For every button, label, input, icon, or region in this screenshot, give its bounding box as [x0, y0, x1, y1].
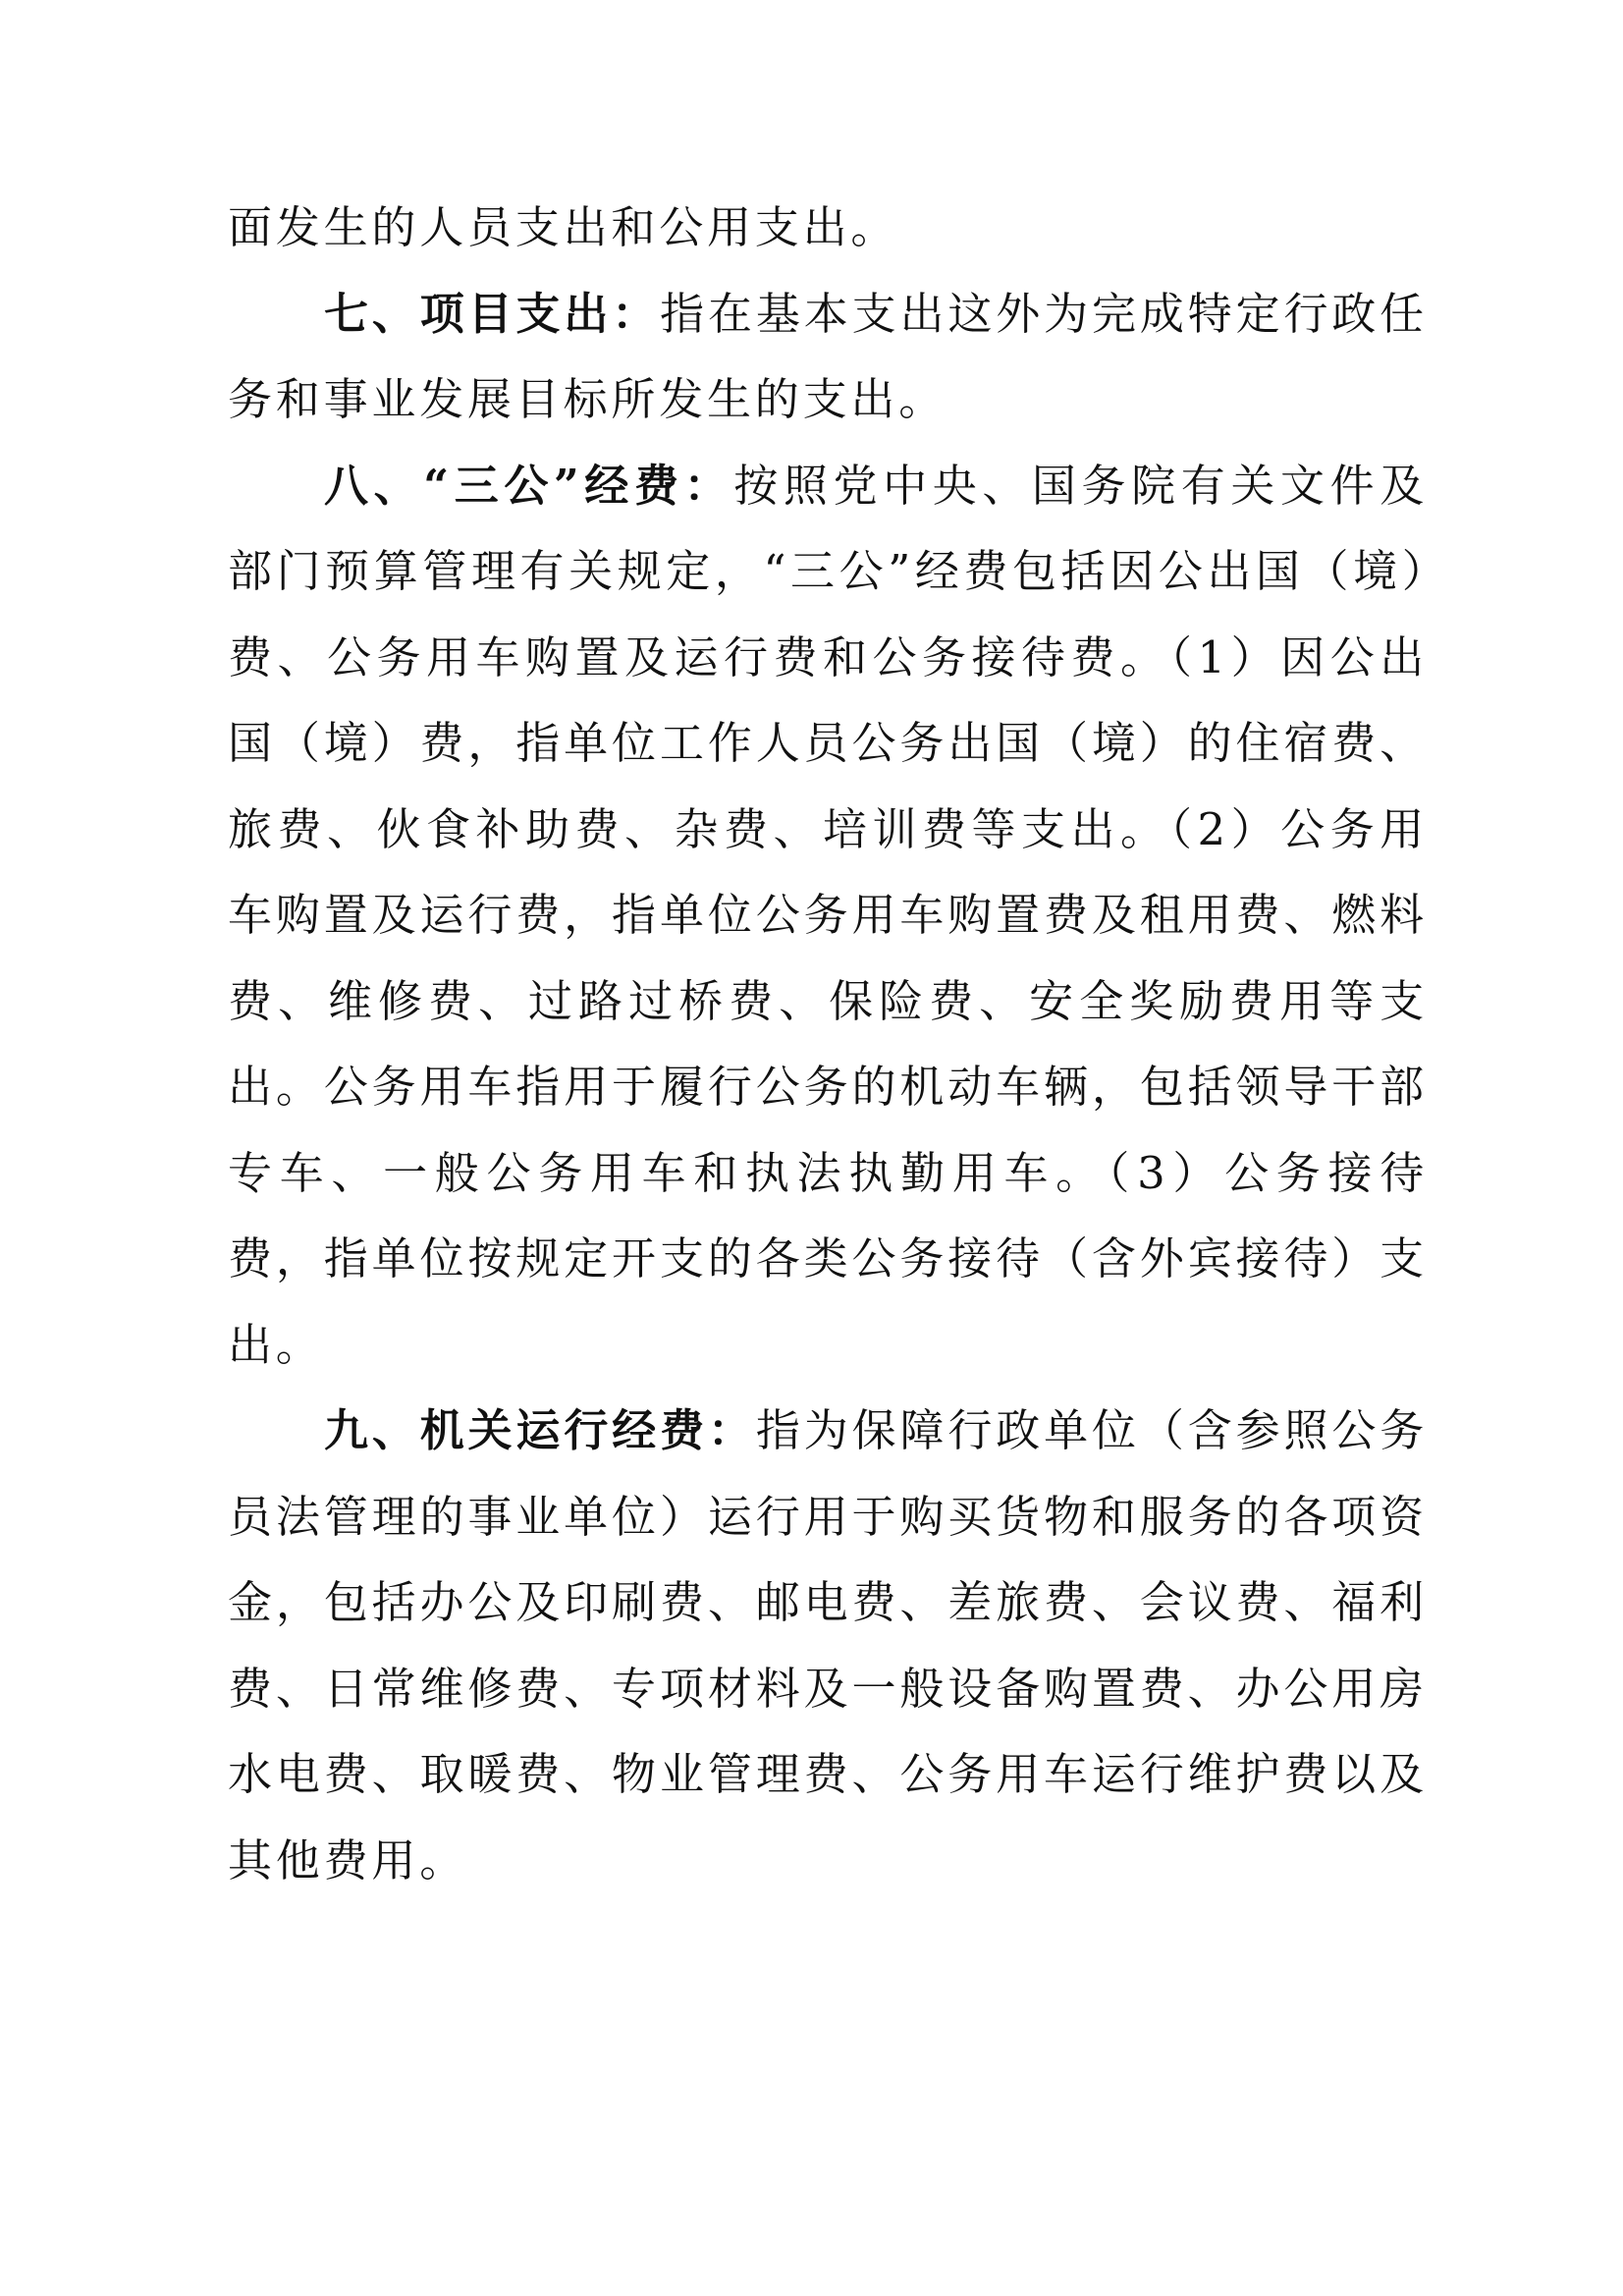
paragraph-continuation: 面发生的人员支出和公用支出。 [228, 185, 1428, 271]
paragraph-section-7-project-expenditure: 七、项目支出：指在基本支出这外为完成特定行政任务和事业发展目标所发生的支出。 [228, 271, 1428, 443]
section-heading-term: 九、机关运行经费： [324, 1404, 756, 1456]
paragraph-text: 指为保障行政单位（含参照公务员法管理的事业单位）运行用于购买货物和服务的各项资金… [228, 1404, 1428, 1886]
paragraph-text: 按照党中央、国务院有关文件及部门预算管理有关规定，“三公”经费包括因公出国（境）… [228, 460, 1428, 1371]
section-heading-term: 七、项目支出： [324, 288, 660, 340]
paragraph-section-9-operating-expenses: 九、机关运行经费：指为保障行政单位（含参照公务员法管理的事业单位）运行用于购买货… [228, 1388, 1428, 1903]
paragraph-text: 面发生的人员支出和公用支出。 [228, 201, 898, 253]
document-page: 面发生的人员支出和公用支出。 七、项目支出：指在基本支出这外为完成特定行政任务和… [228, 185, 1428, 1903]
section-heading-term: 八、“三公”经费： [324, 460, 733, 512]
paragraph-section-8-three-public-expenses: 八、“三公”经费：按照党中央、国务院有关文件及部门预算管理有关规定，“三公”经费… [228, 443, 1428, 1389]
